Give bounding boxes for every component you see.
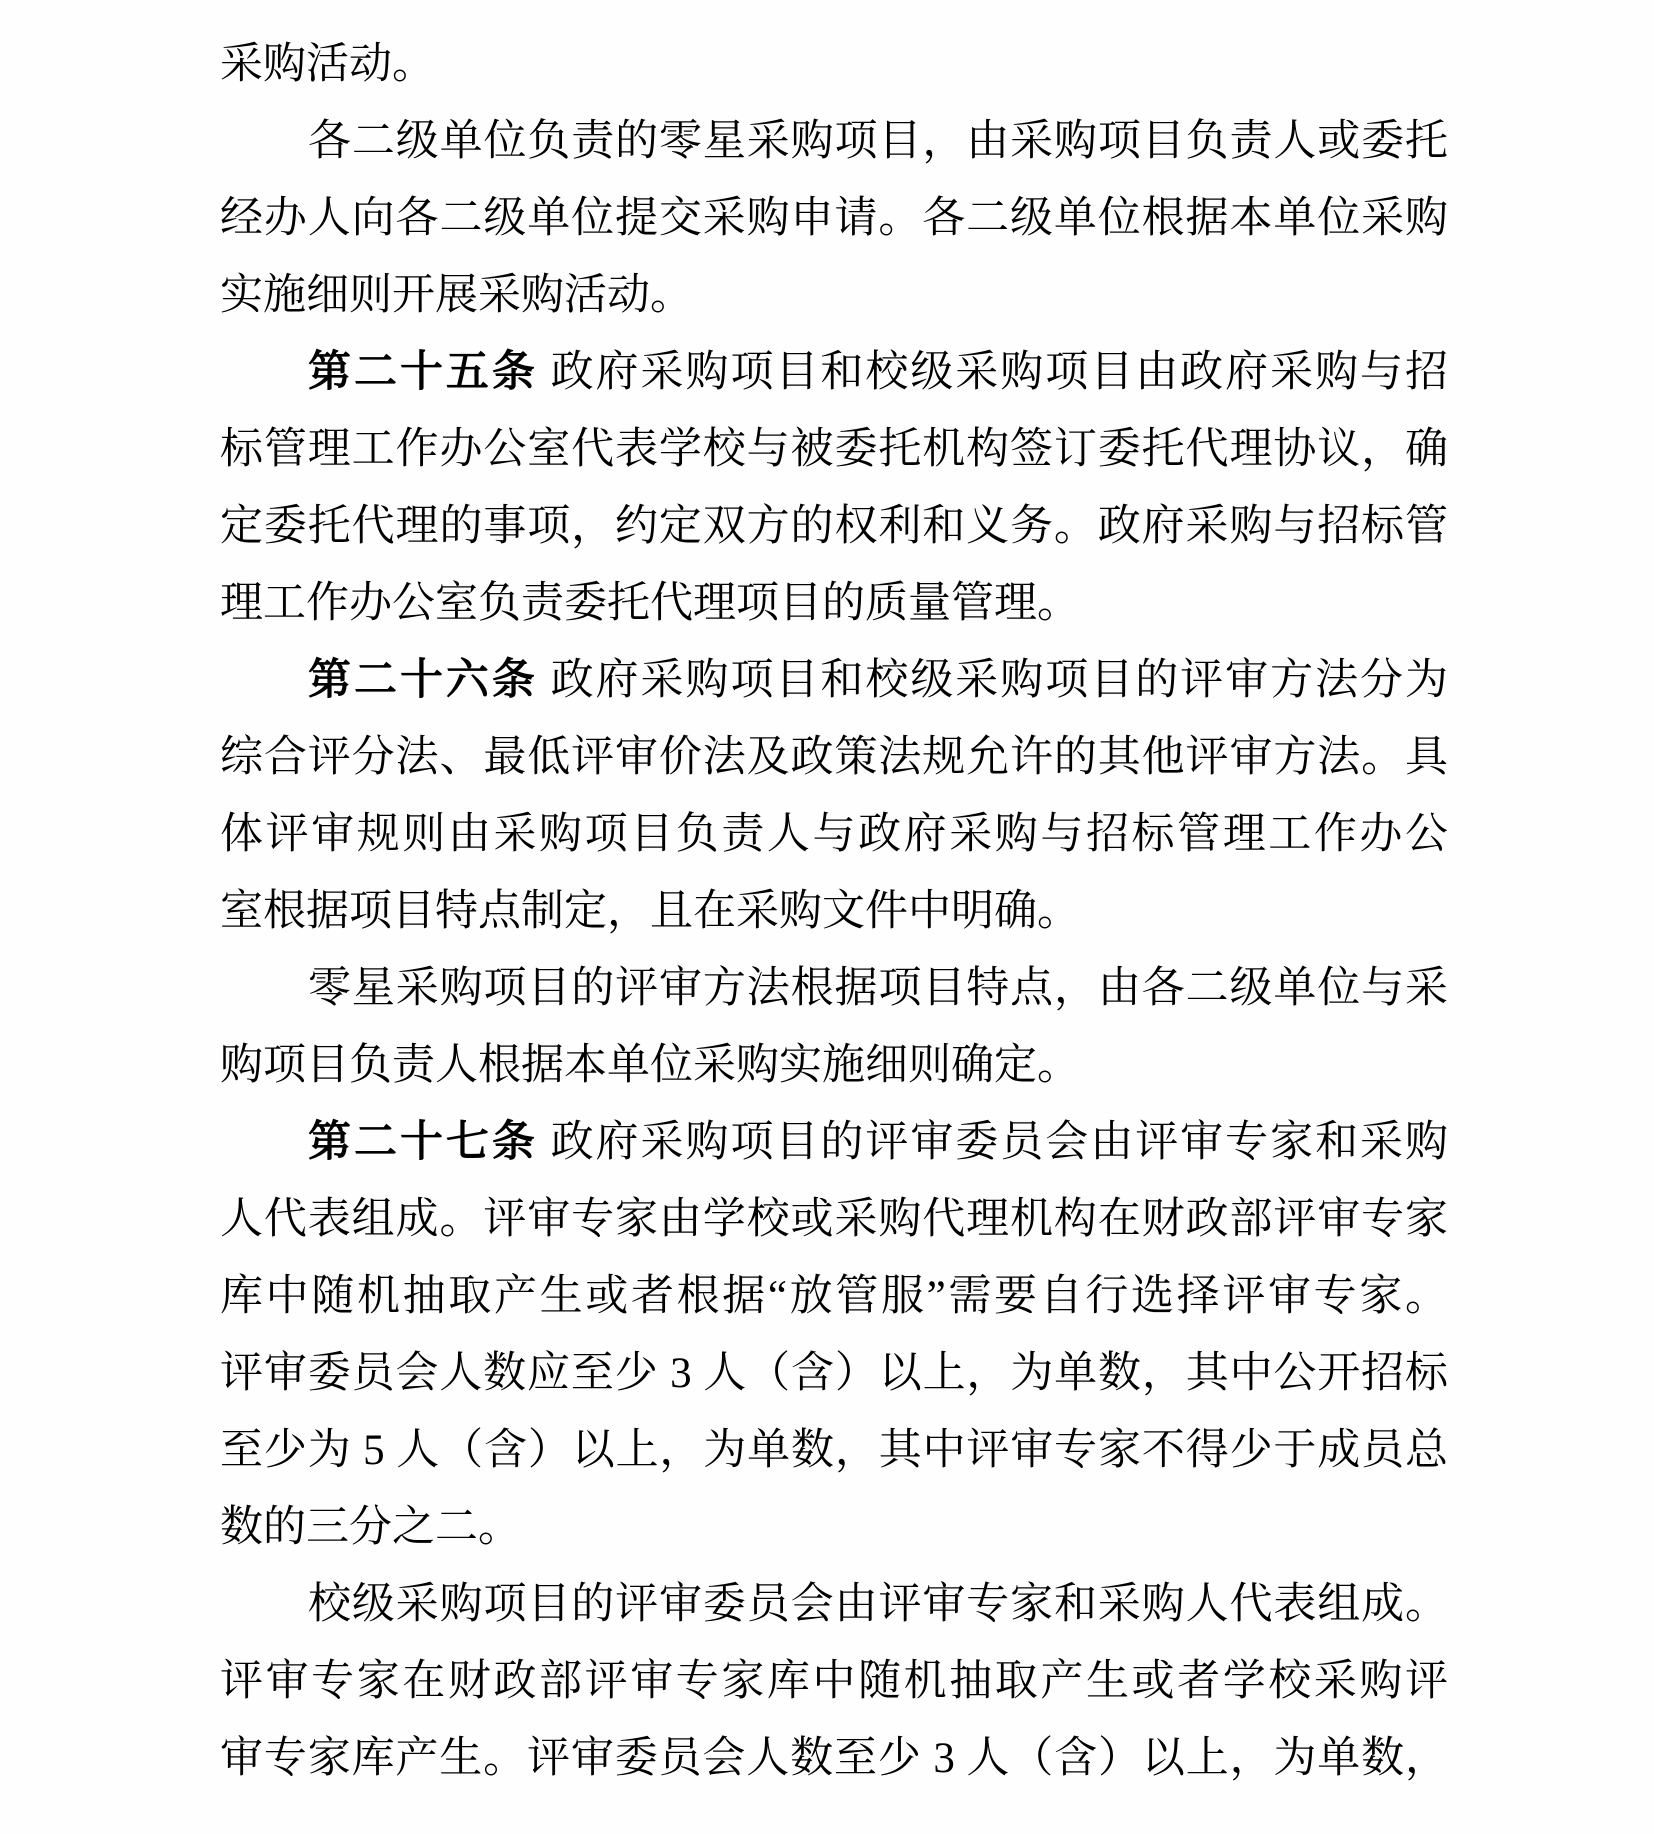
- text-line: 数的三分之二。: [220, 1489, 1448, 1566]
- text-line: 校级采购项目的评审委员会由评审专家和采购人代表组成。: [220, 1566, 1448, 1643]
- text-line: 体评审规则由采购项目负责人与政府采购与招标管理工作办公: [220, 796, 1448, 873]
- body-text-run: 实施细则开展采购活动。: [220, 272, 693, 319]
- article-heading-line: 第二十五条 政府采购项目和校级采购项目由政府采购与招: [220, 334, 1448, 411]
- body-text-run: 校级采购项目的评审委员会由评审专家和采购人代表组成。: [308, 1581, 1448, 1628]
- article-number: 第二十七条: [308, 1118, 538, 1166]
- document-page: 采购活动。各二级单位负责的零星采购项目，由采购项目负责人或委托经办人向各二级单位…: [0, 0, 1654, 1834]
- text-line: 库中随机抽取产生或者根据“放管服”需要自行选择评审专家。: [220, 1258, 1448, 1335]
- body-text-run: 各二级单位负责的零星采购项目，由采购项目负责人或委托: [308, 118, 1448, 165]
- body-text-run: 库中随机抽取产生或者根据“放管服”需要自行选择评审专家。: [220, 1273, 1448, 1320]
- body-text-run: 政府采购项目和校级采购项目由政府采购与招: [538, 349, 1448, 396]
- body-text-run: 至少为 5 人（含）以上，为单数，其中评审专家不得少于成员总: [220, 1427, 1448, 1474]
- body-text-run: 定委托代理的事项，约定双方的权利和义务。政府采购与招标管: [220, 503, 1448, 550]
- text-line: 评审专家在财政部评审专家库中随机抽取产生或者学校采购评: [220, 1643, 1448, 1720]
- text-line: 各二级单位负责的零星采购项目，由采购项目负责人或委托: [220, 103, 1448, 180]
- text-line: 零星采购项目的评审方法根据项目特点，由各二级单位与采: [220, 950, 1448, 1027]
- text-line: 实施细则开展采购活动。: [220, 257, 1448, 334]
- body-text-run: 采购活动。: [220, 41, 435, 88]
- text-line: 室根据项目特点制定，且在采购文件中明确。: [220, 873, 1448, 950]
- text-line: 综合评分法、最低评审价法及政策法规允许的其他评审方法。具: [220, 719, 1448, 796]
- text-line: 人代表组成。评审专家由学校或采购代理机构在财政部评审专家: [220, 1181, 1448, 1258]
- text-line: 审专家库产生。评审委员会人数至少 3 人（含）以上，为单数，: [220, 1720, 1448, 1797]
- body-text-run: 零星采购项目的评审方法根据项目特点，由各二级单位与采: [308, 965, 1448, 1012]
- article-heading-line: 第二十六条 政府采购项目和校级采购项目的评审方法分为: [220, 642, 1448, 719]
- body-text-run: 审专家库产生。评审委员会人数至少 3 人（含）以上，为单数，: [220, 1735, 1448, 1782]
- text-line: 定委托代理的事项，约定双方的权利和义务。政府采购与招标管: [220, 488, 1448, 565]
- body-text-run: 政府采购项目和校级采购项目的评审方法分为: [538, 657, 1448, 704]
- article-number: 第二十六条: [308, 656, 538, 704]
- body-text-run: 人代表组成。评审专家由学校或采购代理机构在财政部评审专家: [220, 1196, 1448, 1243]
- text-line: 标管理工作办公室代表学校与被委托机构签订委托代理协议，确: [220, 411, 1448, 488]
- text-line: 购项目负责人根据本单位采购实施细则确定。: [220, 1027, 1448, 1104]
- body-text-run: 经办人向各二级单位提交采购申请。各二级单位根据本单位采购: [220, 195, 1448, 242]
- document-body: 采购活动。各二级单位负责的零星采购项目，由采购项目负责人或委托经办人向各二级单位…: [220, 26, 1448, 1797]
- article-heading-line: 第二十七条 政府采购项目的评审委员会由评审专家和采购: [220, 1104, 1448, 1181]
- body-text-run: 标管理工作办公室代表学校与被委托机构签订委托代理协议，确: [220, 426, 1448, 473]
- body-text-run: 数的三分之二。: [220, 1504, 521, 1551]
- body-text-run: 综合评分法、最低评审价法及政策法规允许的其他评审方法。具: [220, 734, 1448, 781]
- text-line: 评审委员会人数应至少 3 人（含）以上，为单数，其中公开招标: [220, 1335, 1448, 1412]
- body-text-run: 室根据项目特点制定，且在采购文件中明确。: [220, 888, 1080, 935]
- text-line: 采购活动。: [220, 26, 1448, 103]
- text-line: 理工作办公室负责委托代理项目的质量管理。: [220, 565, 1448, 642]
- body-text-run: 评审专家在财政部评审专家库中随机抽取产生或者学校采购评: [220, 1658, 1448, 1705]
- body-text-run: 评审委员会人数应至少 3 人（含）以上，为单数，其中公开招标: [220, 1350, 1448, 1397]
- article-number: 第二十五条: [308, 348, 538, 396]
- text-line: 至少为 5 人（含）以上，为单数，其中评审专家不得少于成员总: [220, 1412, 1448, 1489]
- body-text-run: 政府采购项目的评审委员会由评审专家和采购: [538, 1119, 1448, 1166]
- body-text-run: 理工作办公室负责委托代理项目的质量管理。: [220, 580, 1080, 627]
- text-line: 经办人向各二级单位提交采购申请。各二级单位根据本单位采购: [220, 180, 1448, 257]
- body-text-run: 购项目负责人根据本单位采购实施细则确定。: [220, 1042, 1080, 1089]
- body-text-run: 体评审规则由采购项目负责人与政府采购与招标管理工作办公: [220, 811, 1448, 858]
